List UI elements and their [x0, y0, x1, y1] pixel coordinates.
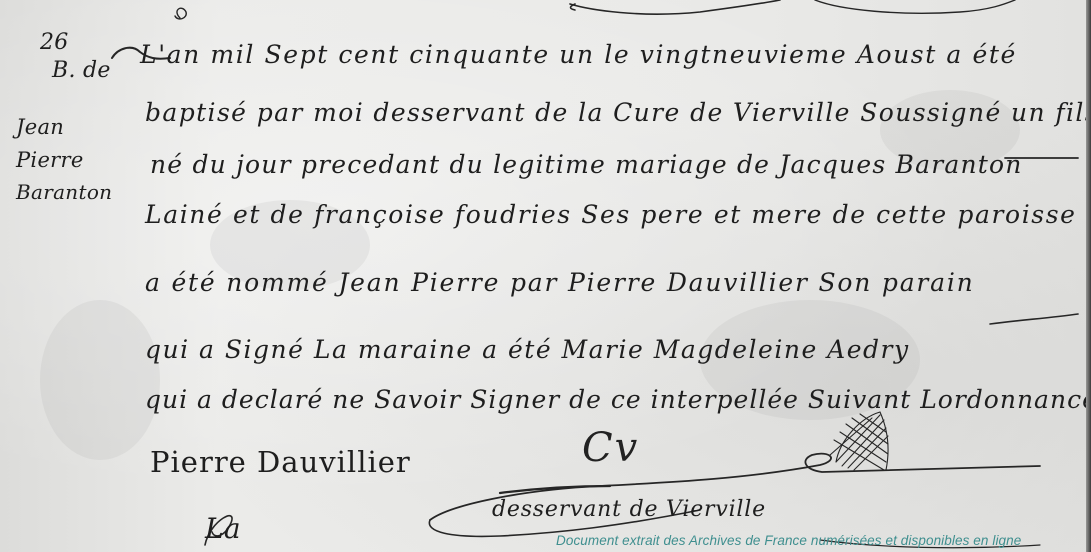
margin-name-line: Baranton	[16, 180, 112, 204]
record-text-line: baptisé par moi desservant de la Cure de…	[145, 98, 1091, 127]
page-binding-edge	[1086, 0, 1091, 552]
record-text-line: L'an mil Sept cent cinquante un le vingt…	[140, 40, 1017, 69]
godfather-signature: Pierre Dauvillier	[150, 445, 411, 479]
margin-entry-type: B. de	[52, 58, 111, 83]
priest-title-signature: desservant de Vierville	[492, 497, 766, 522]
record-text-line: qui a Signé La maraine a été Marie Magde…	[145, 335, 910, 364]
record-text-line: né du jour precedant du legitime mariage…	[150, 150, 1023, 179]
record-text-line: Lainé et de françoise foudries Ses pere …	[145, 200, 1091, 229]
entry-number: 26	[40, 30, 69, 55]
archive-watermark: Document extrait des Archives de France …	[556, 533, 1021, 548]
paper-stain	[40, 300, 160, 460]
register-page-scan: 26 B. de Jean Pierre Baranton L'an mil S…	[0, 0, 1091, 552]
record-text-line: qui a declaré ne Savoir Signer de ce int…	[145, 385, 1091, 414]
margin-name-line: Pierre	[16, 148, 84, 172]
record-text-line: a été nommé Jean Pierre par Pierre Dauvi…	[145, 268, 975, 297]
margin-name-line: Jean	[16, 115, 64, 139]
next-entry-start: La	[205, 512, 241, 545]
priest-signature-initials: Cv	[582, 425, 639, 471]
